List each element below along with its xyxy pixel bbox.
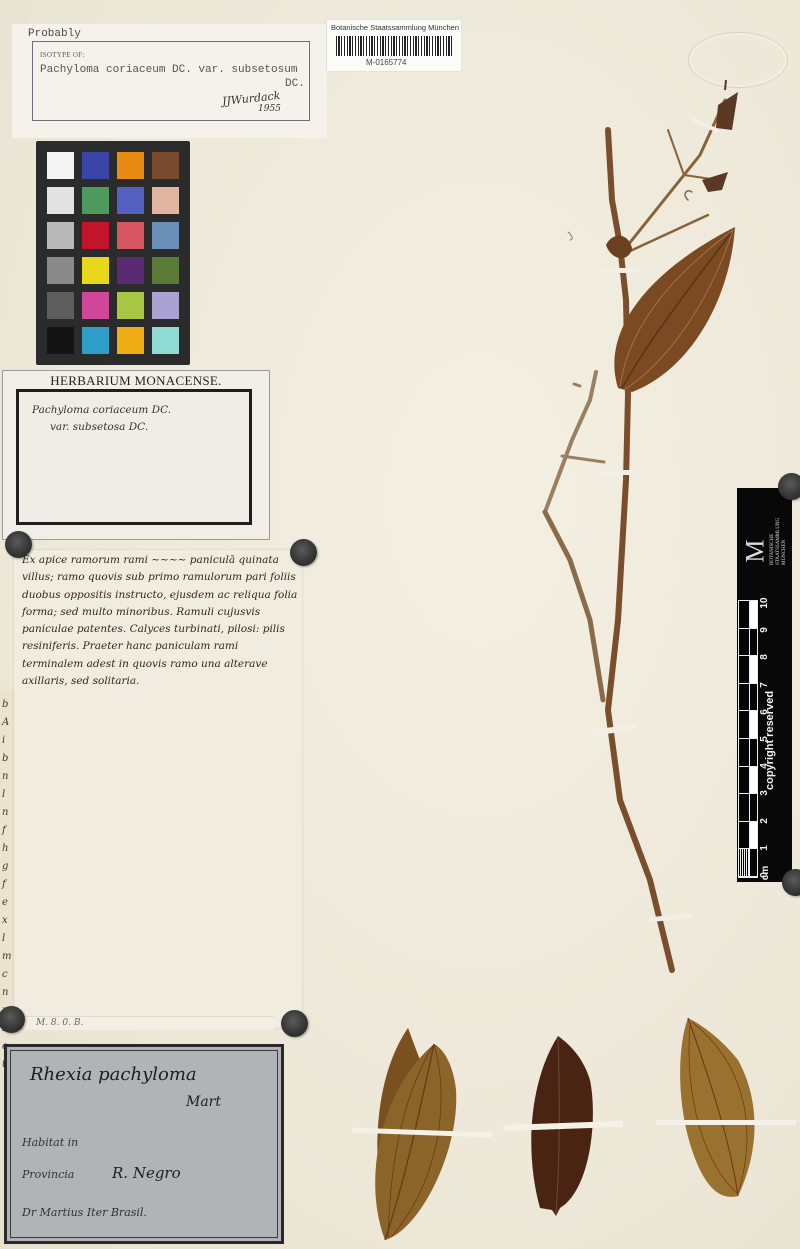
mounting-tape [590, 117, 720, 922]
attached-leaf [614, 227, 735, 392]
flower-bud [716, 92, 738, 130]
pin [778, 473, 800, 500]
pin [281, 1010, 308, 1037]
plant-specimen [0, 0, 800, 1249]
node-knot [606, 236, 632, 259]
pin [290, 539, 317, 566]
main-stem [545, 100, 725, 970]
detached-leaf-3 [680, 1018, 754, 1197]
pin [5, 531, 32, 558]
flower-bud [702, 172, 728, 192]
